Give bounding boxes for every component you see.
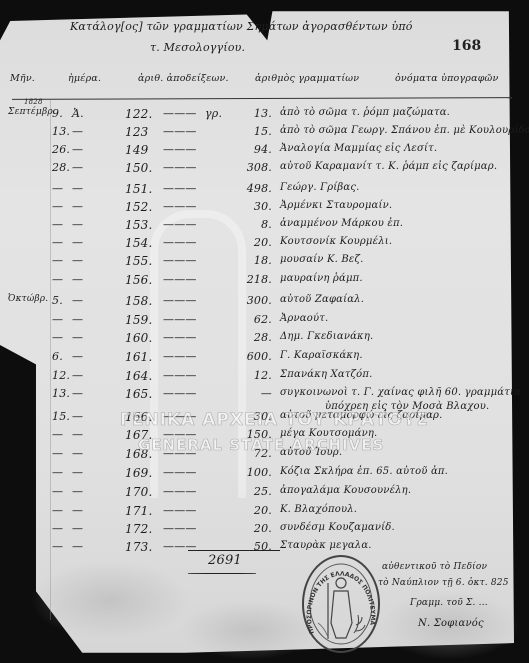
row-amount: 94. [228, 143, 272, 156]
row-dash: ——— [163, 331, 197, 344]
row-day: — [52, 200, 63, 213]
row-dash: ——— [163, 369, 197, 382]
row-amount: 50. [228, 540, 272, 553]
row-amount: 600. [228, 350, 272, 363]
row-receipt-number: 152. [125, 200, 153, 214]
header-day: ἡμέρα. [68, 73, 101, 84]
header-number: ἀριθ. ἀποδείξεων. [138, 73, 229, 84]
seal-stamp-icon: ΠΡΟΣΩΡΙΝΟΝ ΤΗΣ ΕΛΛΑΔΟΣ ΠΟΛΙΤΕΥΜΑ [300, 553, 382, 655]
row-day: — [52, 273, 63, 286]
row-dash: ——— [163, 125, 197, 138]
ledger-row: 28.—150.———308.αὐτοῦ Καραμανίτ τ. Κ. ῥάμ… [0, 161, 514, 181]
row-dash: ——— [163, 504, 197, 517]
row-day: 12. [52, 369, 70, 382]
row-series: — [72, 273, 83, 286]
row-amount: 300. [228, 294, 272, 307]
year-label: 1828 [24, 98, 43, 106]
ledger-row: ——169.———100.Κόζια Σκλήρα ἐπ. 65. αὐτοῦ … [0, 466, 514, 486]
row-description: ἀπὸ τὸ σῶμα Γεωργ. Σπάνου ἐπ. μὲ Κουλουρ… [280, 125, 529, 136]
ledger-row: 13.—165.————συγκοινωνοὶ τ. Γ. χαίνας φιλ… [0, 387, 514, 407]
row-amount: 13. [228, 107, 272, 120]
row-series: — [72, 540, 83, 553]
row-description: μουσαίν Κ. Βεζ. [280, 254, 364, 265]
page-number: 168 [452, 38, 481, 54]
row-day: — [52, 504, 63, 517]
row-dash: ——— [163, 218, 197, 231]
ledger-row: Ὀκτώβρ.5.—158.———300.αὐτοῦ Ζαφαίαλ. [0, 294, 514, 314]
row-day: 15. [52, 410, 70, 423]
row-description: ἀναμμένον Μάρκου ἐπ. [280, 218, 403, 229]
row-receipt-number: 173. [125, 540, 153, 554]
row-series: — [72, 200, 83, 213]
ledger-row: 6.—161.———600.Γ. Καραϊσκάκη. [0, 350, 514, 370]
row-amount: 20. [228, 236, 272, 249]
row-amount: 308. [228, 161, 272, 174]
row-description: μαυραίνη ῥάμπ. [280, 273, 363, 284]
document-subtitle: τ. Μεσολογγίου. [150, 41, 245, 54]
row-amount: 28. [228, 331, 272, 344]
row-description: Σπανάκη Χατζόπ. [280, 369, 373, 380]
ledger-row: ——172.———20.συνδέσμ Κουζαμανίδ. [0, 522, 514, 542]
ledger-row: ——156.———218.μαυραίνη ῥάμπ. [0, 273, 514, 293]
watermark-greek: ΓΕΝΙΚΑ ΑΡΧΕΙΑ ΤΟΥ ΚΡΑΤΟΥΣ [120, 410, 429, 430]
row-day: — [52, 331, 63, 344]
row-receipt-number: 160. [125, 331, 153, 345]
row-receipt-number: 154. [125, 236, 153, 250]
row-day: 26. [52, 143, 70, 156]
row-receipt-number: 161. [125, 350, 153, 364]
row-amount: 498. [228, 182, 272, 195]
row-amount: 18. [228, 254, 272, 267]
row-receipt-number: 169. [125, 466, 153, 480]
row-day: — [52, 218, 63, 231]
row-series: — [72, 485, 83, 498]
row-series: — [72, 313, 83, 326]
row-dash: ——— [163, 161, 197, 174]
signature-line-1: αὐθεντικοῦ τὸ Πεδίον [382, 562, 487, 572]
row-dash: ——— [163, 387, 197, 400]
row-amount: 25. [228, 485, 272, 498]
row-amount: 30. [228, 200, 272, 213]
row-day: 28. [52, 161, 70, 174]
row-receipt-number: 153. [125, 218, 153, 232]
row-dash: ——— [163, 313, 197, 326]
ledger-row: ——160.———28.Δημ. Γκεδιανάκη. [0, 331, 514, 351]
watermark-english: GENERAL STATE ARCHIVES [138, 436, 384, 454]
row-series: — [72, 466, 83, 479]
row-receipt-number: 165. [125, 387, 153, 401]
row-day: 5. [52, 294, 63, 307]
row-dash: ——— [163, 254, 197, 267]
row-series: — [72, 369, 83, 382]
row-receipt-number: 150. [125, 161, 153, 175]
row-receipt-number: 156. [125, 273, 153, 287]
row-dash: ——— [163, 294, 197, 307]
water-stain [30, 560, 190, 640]
row-series: — [72, 294, 83, 307]
row-dash: ——— [163, 143, 197, 156]
ledger-row: 13.—123———15.ἀπὸ τὸ σῶμα Γεωργ. Σπάνου ἐ… [0, 125, 514, 145]
row-description: Γεώργ. Γρίβας. [280, 182, 360, 193]
ledger-row: ——170.———25.ἀπογαλάμα Κουσουνέλη. [0, 485, 514, 505]
ledger-row: ——151.———498.Γεώργ. Γρίβας. [0, 182, 514, 202]
row-day: — [52, 522, 63, 535]
row-amount: 100. [228, 466, 272, 479]
row-amount: 12. [228, 369, 272, 382]
header-amount: ἀριθμὸς γραμματίων [255, 73, 359, 84]
row-amount: — [228, 387, 272, 400]
signature-line-3: Γραμμ. τοῦ Σ. ... [410, 598, 488, 608]
row-description: Κ. Βλαχόπουλ. [280, 504, 357, 515]
document-title: Κατάλογ[ος] τῶν γραμματίων Σημάτων ἀγορα… [70, 20, 413, 33]
row-description: Ἀρμένκι Σταυρομαίν. [280, 200, 392, 211]
row-receipt-number: 171. [125, 504, 153, 518]
row-receipt-number: 122. [125, 107, 153, 121]
row-receipt-number: 172. [125, 522, 153, 536]
row-receipt-number: 149 [125, 143, 149, 157]
row-amount: 62. [228, 313, 272, 326]
ledger-row: ——155.———18.μουσαίν Κ. Βεζ. [0, 254, 514, 274]
row-description: Σταυρὰκ μεγαλα. [280, 540, 372, 551]
ledger-row: ——153.———8.ἀναμμένον Μάρκου ἐπ. [0, 218, 514, 238]
row-day: — [52, 466, 63, 479]
row-series: — [72, 447, 83, 460]
row-dash: ——— [163, 107, 197, 120]
row-description: Κουτσονίκ Κουρμέλι. [280, 236, 392, 247]
row-receipt-number: 170. [125, 485, 153, 499]
row-description: αὐτοῦ Καραμανίτ τ. Κ. ῥάμπ εἰς ζαρίμαρ. [280, 161, 497, 172]
row-description: Κόζια Σκλήρα ἐπ. 65. αὐτοῦ ἀπ. [280, 466, 448, 477]
row-series: — [72, 331, 83, 344]
water-stain [180, 600, 320, 660]
signature-name: Ν. Σοφιανός [418, 618, 484, 629]
total-rule-top [188, 550, 280, 551]
row-receipt-number: 158. [125, 294, 153, 308]
ledger-row: ——171.———20.Κ. Βλαχόπουλ. [0, 504, 514, 524]
row-day: 9. [52, 107, 63, 120]
row-receipt-number: 123 [125, 125, 149, 139]
row-series: — [72, 236, 83, 249]
row-series: — [72, 504, 83, 517]
row-day: — [52, 447, 63, 460]
row-receipt-number: 155. [125, 254, 153, 268]
row-description: συγκοινωνοὶ τ. Γ. χαίνας φιλῆ 60. γραμμά… [280, 387, 521, 398]
row-dash: ——— [163, 200, 197, 213]
row-amount: 15. [228, 125, 272, 138]
row-series: — [72, 218, 83, 231]
row-dash: ——— [163, 273, 197, 286]
ledger-row: Σεπτέμβρ.9.Ἀ.122.———13.ἀπὸ τὸ σῶμα τ. ῥό… [0, 107, 514, 127]
row-series: Ἀ. [72, 107, 84, 120]
row-series: — [72, 161, 83, 174]
row-series: — [72, 387, 83, 400]
ledger-row: ——159.———62.Ἀρναούτ. [0, 313, 514, 333]
row-series: — [72, 143, 83, 156]
total-amount: 2691 [208, 553, 242, 568]
row-amount: 218. [228, 273, 272, 286]
ledger-row: ——152.———30.Ἀρμένκι Σταυρομαίν. [0, 200, 514, 220]
row-description: Γ. Καραϊσκάκη. [280, 350, 363, 361]
row-month: Ὀκτώβρ. [8, 294, 48, 304]
row-day: — [52, 485, 63, 498]
row-series: — [72, 410, 83, 423]
row-receipt-number: 151. [125, 182, 153, 196]
row-description: Ἀρναούτ. [280, 313, 328, 324]
row-dash: ——— [163, 236, 197, 249]
header-month: Μῆν. [10, 73, 35, 84]
column-headers: Μῆν. ἡμέρα. ἀριθ. ἀποδείξεων. ἀριθμὸς γρ… [10, 73, 510, 89]
header-names: ὀνόματα ὑπογραφῶν [395, 73, 498, 84]
row-series: — [72, 350, 83, 363]
row-series: — [72, 125, 83, 138]
row-amount: 20. [228, 504, 272, 517]
row-day: — [52, 254, 63, 267]
row-dash: ——— [163, 522, 197, 535]
row-series: — [72, 522, 83, 535]
ledger-row: 26.—149———94.Ἀναλογία Μαμμίας εἰς Λεσίτ. [0, 143, 514, 163]
row-dash: ——— [163, 485, 197, 498]
row-description: συνδέσμ Κουζαμανίδ. [280, 522, 395, 533]
row-description: αὐτοῦ Ζαφαίαλ. [280, 294, 364, 305]
row-day: — [52, 182, 63, 195]
row-month: Σεπτέμβρ. [8, 107, 56, 117]
row-dash: ——— [163, 350, 197, 363]
row-amount: 8. [228, 218, 272, 231]
row-day: 13. [52, 387, 70, 400]
row-receipt-number: 164. [125, 369, 153, 383]
row-unit: γρ. [205, 107, 222, 120]
row-description: ἀπογαλάμα Κουσουνέλη. [280, 485, 411, 496]
row-day: — [52, 428, 63, 441]
row-receipt-number: 159. [125, 313, 153, 327]
row-series: — [72, 428, 83, 441]
row-amount: 20. [228, 522, 272, 535]
row-day: 6. [52, 350, 63, 363]
row-day: 13. [52, 125, 70, 138]
signature-line-2: τὸ Ναύπλιον τῇ 6. ὀκτ. 825 [378, 578, 509, 588]
row-description: Δημ. Γκεδιανάκη. [280, 331, 373, 342]
row-day: — [52, 313, 63, 326]
ledger-row: ——154.———20.Κουτσονίκ Κουρμέλι. [0, 236, 514, 256]
row-dash: ——— [163, 466, 197, 479]
row-dash: ——— [163, 540, 197, 553]
row-series: — [72, 182, 83, 195]
row-day: — [52, 540, 63, 553]
row-dash: ——— [163, 182, 197, 195]
ledger-row: 12.—164.———12.Σπανάκη Χατζόπ. [0, 369, 514, 389]
row-description: ἀπὸ τὸ σῶμα τ. ῥόμπ μαζώματα. [280, 107, 450, 118]
row-day: — [52, 236, 63, 249]
row-description: Ἀναλογία Μαμμίας εἰς Λεσίτ. [280, 143, 437, 154]
row-series: — [72, 254, 83, 267]
